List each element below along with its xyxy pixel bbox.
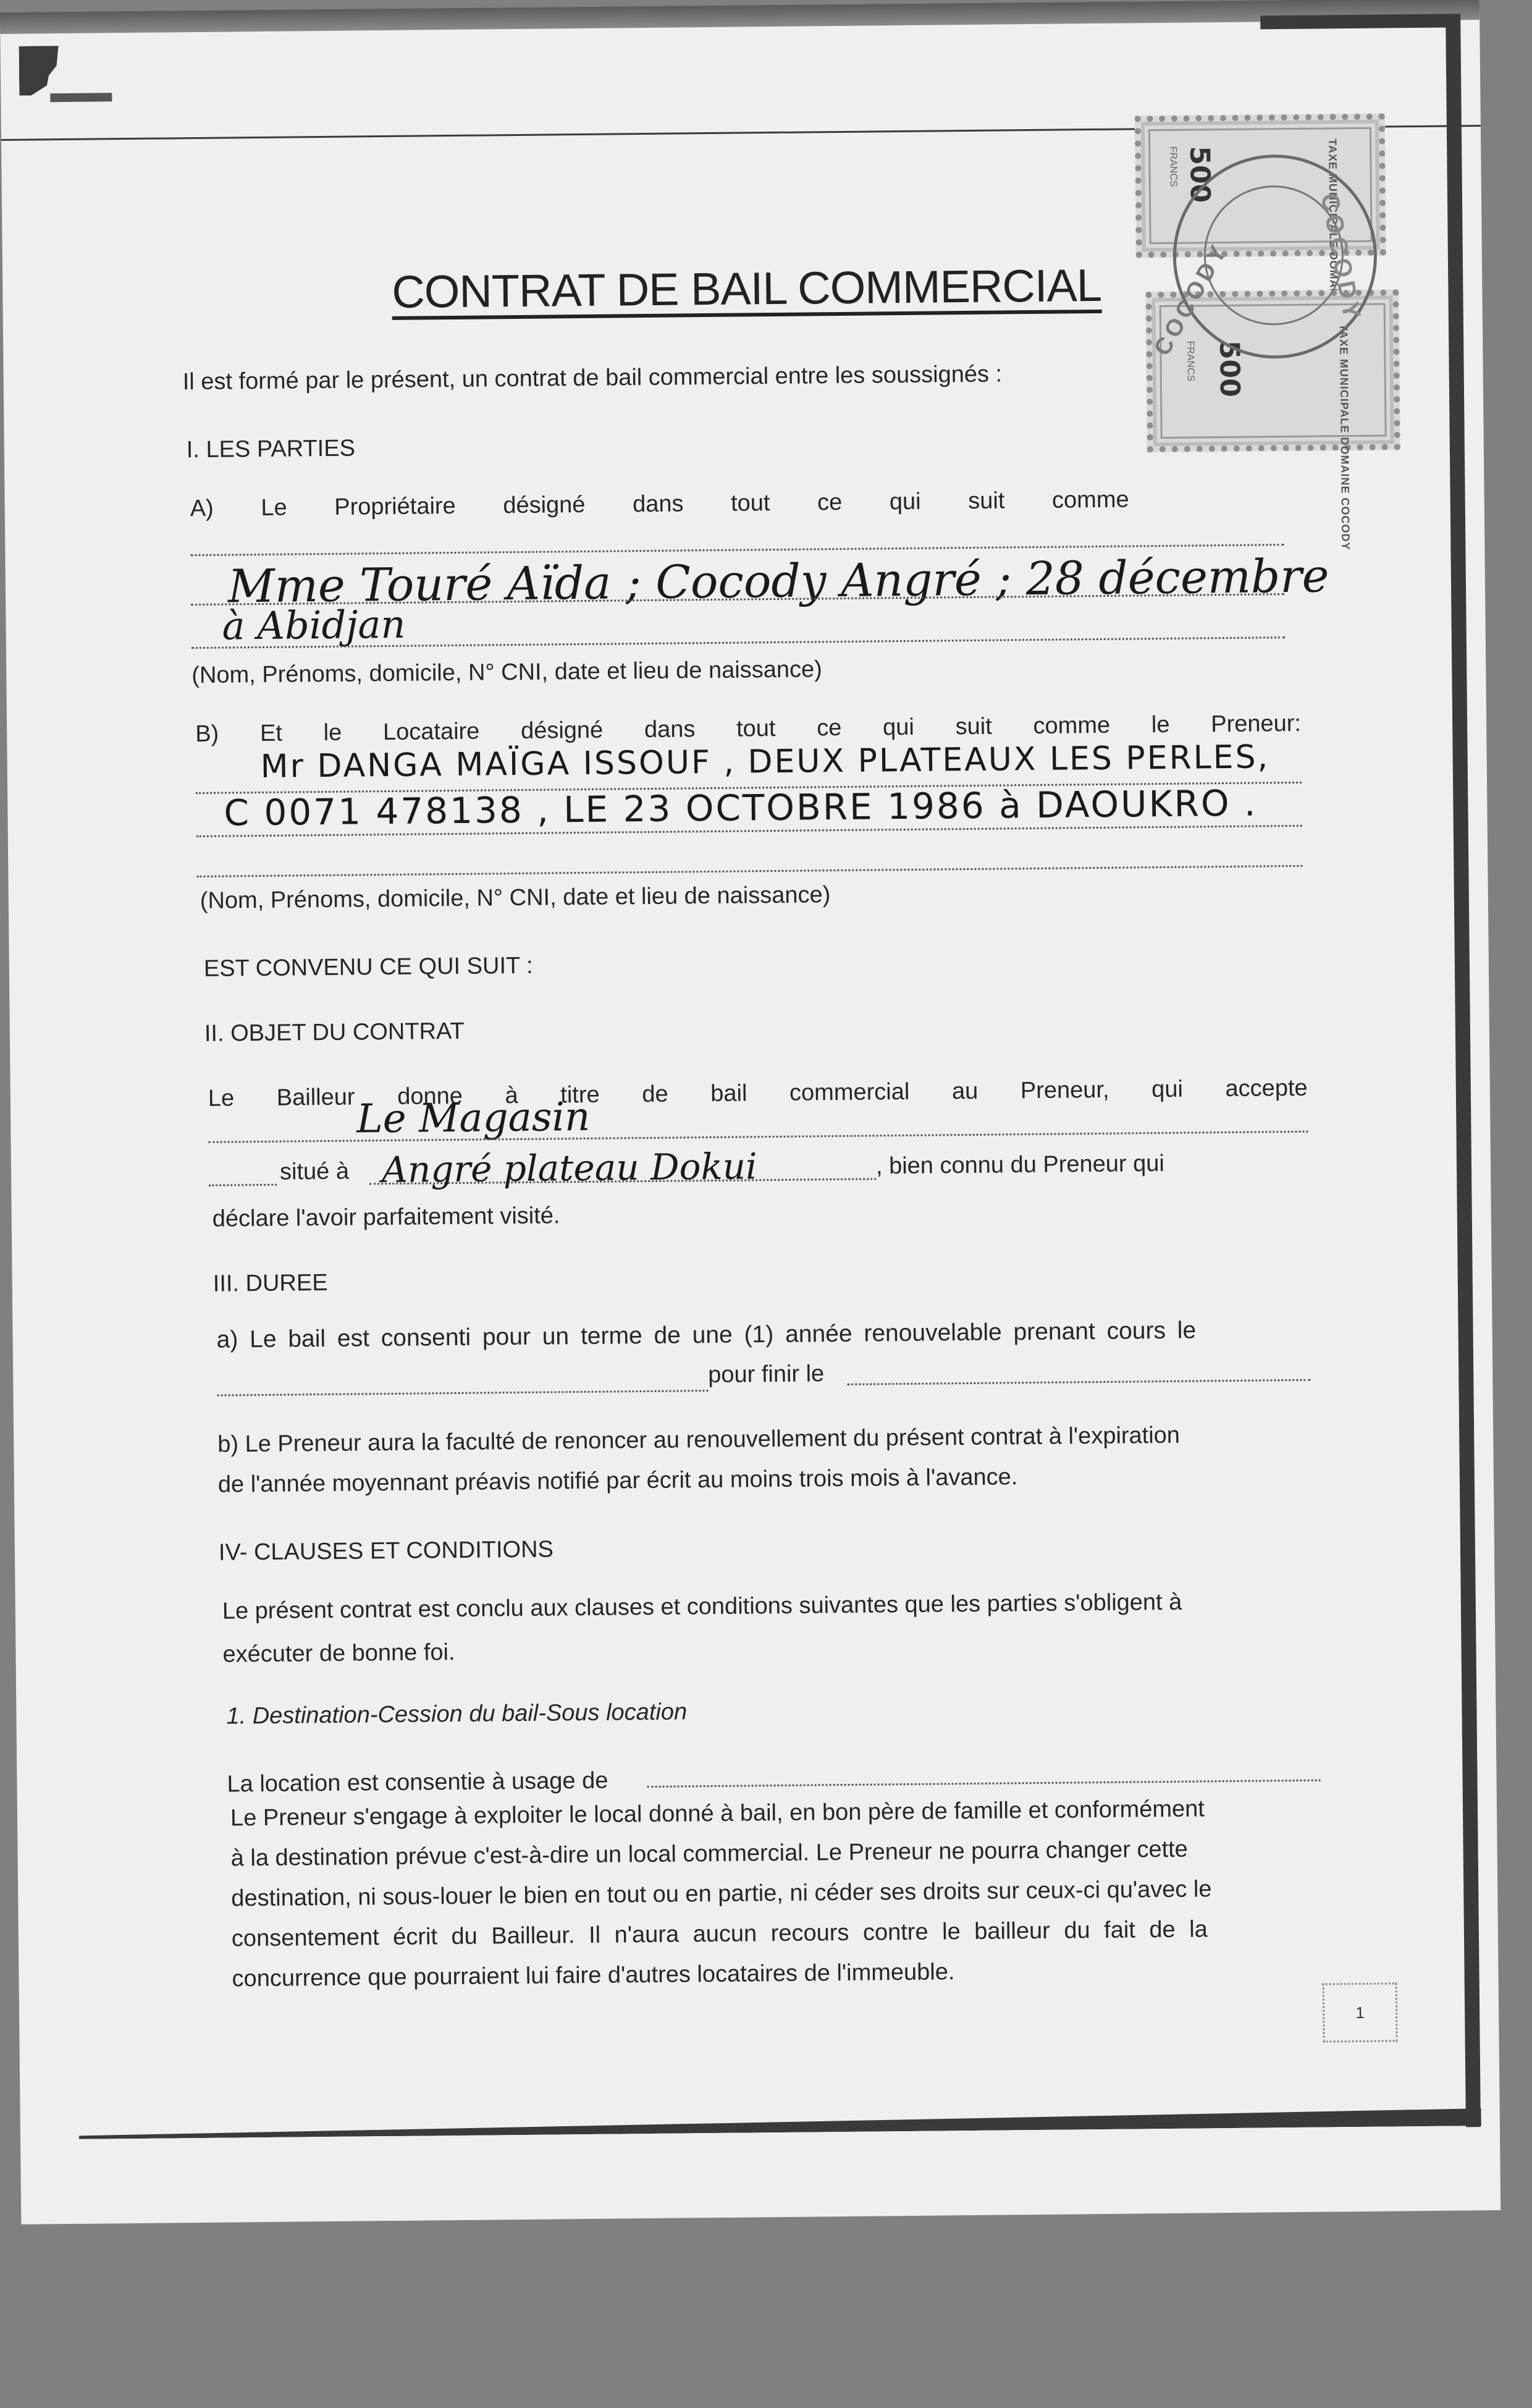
intro-text: Il est formé par le présent, un contrat … — [183, 361, 1003, 395]
word: commercial — [789, 1079, 910, 1107]
word: Le — [261, 495, 287, 522]
word: comme — [1052, 486, 1129, 513]
duration-b-line2: de l'année moyennant préavis notifié par… — [218, 1464, 1018, 1498]
end-date-label: pour finir le — [708, 1361, 824, 1388]
fiscal-stamps: FRANCS 500 TAXE MUNICIPALE DOMAINE COCOD… — [1129, 110, 1392, 483]
word: qui — [890, 489, 921, 515]
duration-b-line1: b) Le Preneur aura la faculté de renonce… — [217, 1422, 1180, 1458]
object-line2-tail: , bien connu du Preneur qui — [876, 1151, 1164, 1180]
staple-mark — [50, 93, 112, 102]
start-date-field[interactable] — [217, 1390, 708, 1396]
usage-field[interactable] — [647, 1780, 1321, 1788]
word: désigné — [521, 717, 604, 745]
word: Locataire — [383, 719, 480, 746]
located-label: situé à — [280, 1159, 349, 1186]
word: ce — [817, 715, 842, 741]
word: tout — [731, 490, 770, 517]
word: Preneur: — [1211, 711, 1301, 738]
word: le — [1151, 712, 1170, 738]
end-date-field[interactable] — [847, 1379, 1310, 1385]
word: Le — [208, 1085, 235, 1112]
word: Propriétaire — [334, 493, 456, 521]
word: Preneur, — [1021, 1077, 1109, 1104]
section-heading-clauses: IV- CLAUSES ET CONDITIONS — [219, 1537, 553, 1566]
page-frame-top — [1260, 14, 1458, 29]
agreed-text: EST CONVENU CE QUI SUIT : — [204, 953, 533, 982]
stamp-currency: FRANCS — [1167, 146, 1179, 187]
handwritten-owner-birthplace: à Abidjan — [222, 602, 405, 649]
clause-1-para-line: à la destination prévue c'est-à-dire un … — [230, 1836, 1188, 1872]
clauses-intro-line1: Le présent contrat est conclu aux clause… — [222, 1589, 1182, 1625]
clause-1-para-line: concurrence que pourraient lui faire d'a… — [232, 1959, 954, 1992]
stamp-label: TAXE MUNICIPALE DOMAINE COCODY — [1337, 324, 1352, 551]
handwritten-tenant-details: Mr DANGA MAÏGA ISSOUF , DEUX PLATEAUX LE… — [260, 738, 1269, 785]
stamp-currency: FRANCS — [1184, 340, 1196, 381]
owner-field-hint: (Nom, Prénoms, domicile, N° CNI, date et… — [192, 656, 822, 689]
corner-mark — [19, 46, 59, 96]
scanned-page: FRANCS 500 TAXE MUNICIPALE DOMAINE COCOD… — [0, 0, 1500, 2224]
word: le — [323, 720, 342, 746]
page-number: 1 — [1323, 1982, 1398, 2042]
usage-label: La location est consentie à usage de — [227, 1768, 608, 1798]
word: A) — [190, 496, 214, 522]
word: de — [642, 1081, 668, 1108]
word: Bailleur — [277, 1084, 355, 1112]
word: dans — [633, 491, 684, 518]
handwritten-location: Angré plateau Dokui — [382, 1145, 757, 1191]
handwritten-premises: Le Magasin — [356, 1094, 591, 1143]
fill-line — [196, 865, 1302, 877]
word: B) — [195, 721, 219, 748]
word: qui — [883, 714, 914, 741]
word: comme — [1033, 712, 1110, 740]
word: qui — [1151, 1076, 1183, 1103]
word: ce — [817, 489, 843, 516]
tenant-field-hint: (Nom, Prénoms, domicile, N° CNI, date et… — [200, 882, 831, 915]
page-frame-bottom — [79, 2108, 1481, 2139]
word: Et — [260, 720, 282, 747]
owner-intro-line: A)LePropriétairedésignédanstoutcequisuit… — [190, 486, 1129, 522]
clause-1-para-line: consentement écrit du Bailleur. Il n'aur… — [232, 1916, 1208, 1952]
section-heading-parties: I. LES PARTIES — [187, 436, 356, 464]
section-heading-duration: III. DUREE — [213, 1270, 328, 1298]
word: accepte — [1225, 1075, 1308, 1102]
word: dans — [644, 716, 696, 743]
document-title: CONTRAT DE BAIL COMMERCIAL — [392, 261, 1101, 320]
word: tout — [736, 716, 776, 743]
clause-1-heading: 1. Destination-Cession du bail-Sous loca… — [226, 1699, 687, 1730]
word: désigné — [503, 492, 586, 519]
clauses-intro-line2: exécuter de bonne foi. — [222, 1639, 455, 1668]
word: bail — [710, 1080, 747, 1107]
clause-1-para-line: Le Preneur s'engage à exploiter le local… — [230, 1796, 1205, 1831]
page-frame-right — [1446, 14, 1481, 2127]
duration-a-line1: a) Le bail est consenti pour un terme de… — [216, 1317, 1196, 1354]
scan-top-shadow — [0, 0, 1479, 34]
section-heading-object: II. OBJET DU CONTRAT — [204, 1018, 465, 1047]
object-line3: déclare l'avoir parfaitement visité. — [213, 1202, 560, 1232]
word: au — [952, 1078, 979, 1105]
word: suit — [955, 714, 992, 741]
word: suit — [968, 488, 1005, 515]
fill-line — [209, 1184, 277, 1186]
clause-1-para-line: destination, ni sous-louer le bien en to… — [231, 1876, 1212, 1912]
